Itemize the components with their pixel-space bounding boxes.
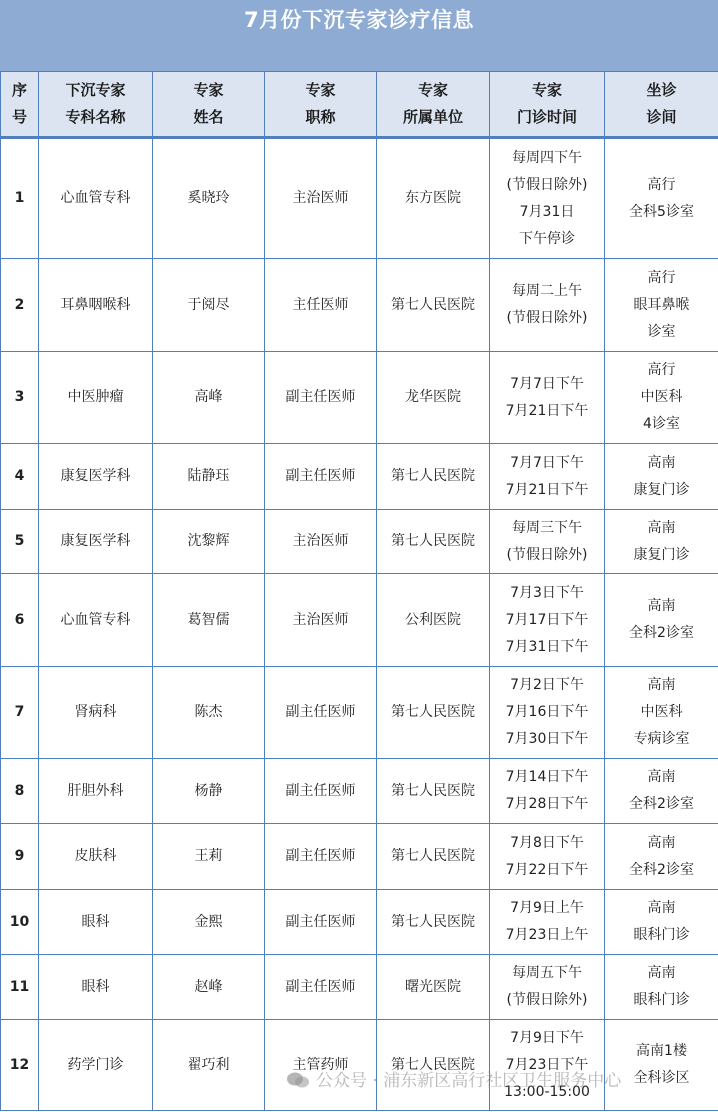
clinic-room-cell: 高南中医科专病诊室 <box>605 667 718 759</box>
expert-unit-cell: 东方医院 <box>377 138 490 259</box>
clinic-room-line: 高南 <box>605 960 718 987</box>
row-number-cell: 9 <box>1 824 39 890</box>
specialty-cell: 药学门诊 <box>39 1020 153 1111</box>
column-header-line: 所属单位 <box>377 104 489 131</box>
clinic-time-line: 7月21日下午 <box>490 398 604 425</box>
column-header-line: 诊间 <box>605 104 718 131</box>
clinic-time-line: 每周三下午 <box>490 515 604 542</box>
clinic-room-line: 全科诊区 <box>605 1065 718 1092</box>
clinic-room-line: 高行 <box>605 265 718 292</box>
clinic-room-line: 高南 <box>605 515 718 542</box>
specialty-cell: 肝胆外科 <box>39 759 153 824</box>
clinic-room-line: 4诊室 <box>605 411 718 438</box>
clinic-room-cell: 高南康复门诊 <box>605 444 718 510</box>
column-header-line: 姓名 <box>153 104 264 131</box>
clinic-time-line: 7月31日 <box>490 199 604 226</box>
expert-name-cell: 王莉 <box>153 824 265 890</box>
table-row: 8肝胆外科杨静副主任医师第七人民医院7月14日下午7月28日下午高南全科2诊室 <box>1 759 718 824</box>
clinic-time-cell: 7月9日上午7月23日上午 <box>490 890 605 955</box>
table-header-row: 序号下沉专家专科名称专家姓名专家职称专家所属单位专家门诊时间坐诊诊间 <box>1 72 718 138</box>
clinic-room-line: 高南 <box>605 672 718 699</box>
clinic-room-cell: 高南康复门诊 <box>605 510 718 574</box>
table-row: 10眼科金熙副主任医师第七人民医院7月9日上午7月23日上午高南眼科门诊 <box>1 890 718 955</box>
clinic-time-line: 7月21日下午 <box>490 477 604 504</box>
page-title: 7月份下沉专家诊疗信息 <box>0 4 718 34</box>
specialty-cell: 心血管专科 <box>39 138 153 259</box>
clinic-time-line: 7月30日下午 <box>490 726 604 753</box>
specialty-cell: 中医肿瘤 <box>39 352 153 444</box>
clinic-room-line: 高南1楼 <box>605 1038 718 1065</box>
clinic-room-line: 高南 <box>605 764 718 791</box>
table-row: 9皮肤科王莉副主任医师第七人民医院7月8日下午7月22日下午高南全科2诊室 <box>1 824 718 890</box>
row-number-cell: 8 <box>1 759 39 824</box>
column-header-line: 职称 <box>265 104 376 131</box>
clinic-time-line: 7月16日下午 <box>490 699 604 726</box>
clinic-time-line: 7月9日上午 <box>490 895 604 922</box>
expert-name-cell: 沈黎辉 <box>153 510 265 574</box>
row-number-cell: 6 <box>1 574 39 667</box>
clinic-time-cell: 7月8日下午7月22日下午 <box>490 824 605 890</box>
expert-title-cell: 副主任医师 <box>265 352 377 444</box>
clinic-time-line: 7月9日下午 <box>490 1025 604 1052</box>
clinic-time-cell: 7月7日下午7月21日下午 <box>490 352 605 444</box>
expert-unit-cell: 第七人民医院 <box>377 890 490 955</box>
expert-title-cell: 副主任医师 <box>265 890 377 955</box>
expert-unit-cell: 龙华医院 <box>377 352 490 444</box>
clinic-room-line: 眼科门诊 <box>605 922 718 949</box>
column-header: 专家门诊时间 <box>490 72 605 138</box>
clinic-time-cell: 7月9日下午7月23日下午13:00-15:00 <box>490 1020 605 1111</box>
expert-title-cell: 副主任医师 <box>265 667 377 759</box>
clinic-room-line: 全科2诊室 <box>605 791 718 818</box>
expert-name-cell: 杨静 <box>153 759 265 824</box>
expert-name-cell: 金熙 <box>153 890 265 955</box>
clinic-room-cell: 高南全科2诊室 <box>605 574 718 667</box>
clinic-time-cell: 7月14日下午7月28日下午 <box>490 759 605 824</box>
column-header-line: 门诊时间 <box>490 104 604 131</box>
column-header: 专家姓名 <box>153 72 265 138</box>
column-header-line: 序 <box>1 77 38 104</box>
row-number-cell: 12 <box>1 1020 39 1111</box>
expert-unit-cell: 第七人民医院 <box>377 1020 490 1111</box>
expert-title-cell: 主治医师 <box>265 510 377 574</box>
clinic-time-line: 7月8日下午 <box>490 830 604 857</box>
table-row: 12药学门诊翟巧利主管药师第七人民医院7月9日下午7月23日下午13:00-15… <box>1 1020 718 1111</box>
wechat-icon <box>286 1071 310 1089</box>
row-number-cell: 5 <box>1 510 39 574</box>
clinic-time-line: (节假日除外) <box>490 172 604 199</box>
expert-name-cell: 翟巧利 <box>153 1020 265 1111</box>
column-header-line: 专家 <box>265 77 376 104</box>
clinic-room-line: 中医科 <box>605 384 718 411</box>
clinic-time-line: 7月7日下午 <box>490 371 604 398</box>
specialty-cell: 肾病科 <box>39 667 153 759</box>
table-row: 11眼科赵峰副主任医师曙光医院每周五下午(节假日除外)高南眼科门诊 <box>1 955 718 1020</box>
specialty-cell: 耳鼻咽喉科 <box>39 259 153 352</box>
expert-schedule-table: 序号下沉专家专科名称专家姓名专家职称专家所属单位专家门诊时间坐诊诊间 1心血管专… <box>0 71 718 1111</box>
watermark-text: 公众号 · 浦东新区高行社区卫生服务中心 <box>316 1071 621 1091</box>
clinic-time-line: 7月14日下午 <box>490 764 604 791</box>
clinic-room-line: 康复门诊 <box>605 477 718 504</box>
clinic-room-line: 眼耳鼻喉 <box>605 292 718 319</box>
column-header-line: 专家 <box>490 77 604 104</box>
clinic-room-line: 中医科 <box>605 699 718 726</box>
expert-name-cell: 陆静珏 <box>153 444 265 510</box>
row-number-cell: 4 <box>1 444 39 510</box>
table-row: 3中医肿瘤高峰副主任医师龙华医院7月7日下午7月21日下午高行中医科4诊室 <box>1 352 718 444</box>
clinic-time-cell: 每周四下午(节假日除外)7月31日下午停诊 <box>490 138 605 259</box>
row-number-cell: 10 <box>1 890 39 955</box>
column-header-line: 专家 <box>377 77 489 104</box>
clinic-time-cell: 每周三下午(节假日除外) <box>490 510 605 574</box>
clinic-room-line: 全科2诊室 <box>605 857 718 884</box>
clinic-time-line: 7月7日下午 <box>490 450 604 477</box>
clinic-room-line: 高南 <box>605 895 718 922</box>
specialty-cell: 皮肤科 <box>39 824 153 890</box>
expert-unit-cell: 第七人民医院 <box>377 824 490 890</box>
expert-name-cell: 于阅尽 <box>153 259 265 352</box>
expert-name-cell: 赵峰 <box>153 955 265 1020</box>
clinic-room-cell: 高南眼科门诊 <box>605 890 718 955</box>
clinic-time-line: 7月17日下午 <box>490 607 604 634</box>
clinic-room-line: 眼科门诊 <box>605 987 718 1014</box>
clinic-time-cell: 7月7日下午7月21日下午 <box>490 444 605 510</box>
specialty-cell: 眼科 <box>39 890 153 955</box>
expert-title-cell: 主任医师 <box>265 259 377 352</box>
clinic-room-cell: 高行眼耳鼻喉诊室 <box>605 259 718 352</box>
clinic-room-cell: 高南1楼全科诊区 <box>605 1020 718 1111</box>
clinic-room-cell: 高行中医科4诊室 <box>605 352 718 444</box>
table-row: 5康复医学科沈黎辉主治医师第七人民医院每周三下午(节假日除外)高南康复门诊 <box>1 510 718 574</box>
expert-title-cell: 副主任医师 <box>265 444 377 510</box>
expert-name-cell: 奚晓玲 <box>153 138 265 259</box>
expert-unit-cell: 第七人民医院 <box>377 444 490 510</box>
expert-title-cell: 副主任医师 <box>265 759 377 824</box>
clinic-room-line: 高行 <box>605 357 718 384</box>
specialty-cell: 心血管专科 <box>39 574 153 667</box>
expert-title-cell: 主治医师 <box>265 574 377 667</box>
table-row: 2耳鼻咽喉科于阅尽主任医师第七人民医院每周二上午(节假日除外)高行眼耳鼻喉诊室 <box>1 259 718 352</box>
row-number-cell: 2 <box>1 259 39 352</box>
column-header-line: 坐诊 <box>605 77 718 104</box>
clinic-room-cell: 高南全科2诊室 <box>605 824 718 890</box>
table-row: 6心血管专科葛智儒主治医师公利医院7月3日下午7月17日下午7月31日下午高南全… <box>1 574 718 667</box>
row-number-cell: 7 <box>1 667 39 759</box>
table-row: 1心血管专科奚晓玲主治医师东方医院每周四下午(节假日除外)7月31日下午停诊高行… <box>1 138 718 259</box>
clinic-room-cell: 高南眼科门诊 <box>605 955 718 1020</box>
expert-unit-cell: 曙光医院 <box>377 955 490 1020</box>
clinic-time-cell: 7月2日下午7月16日下午7月30日下午 <box>490 667 605 759</box>
expert-unit-cell: 公利医院 <box>377 574 490 667</box>
column-header: 专家职称 <box>265 72 377 138</box>
clinic-time-line: 每周四下午 <box>490 145 604 172</box>
row-number-cell: 11 <box>1 955 39 1020</box>
expert-name-cell: 葛智儒 <box>153 574 265 667</box>
specialty-cell: 眼科 <box>39 955 153 1020</box>
clinic-time-line: 7月22日下午 <box>490 857 604 884</box>
clinic-time-line: 7月2日下午 <box>490 672 604 699</box>
clinic-time-line: (节假日除外) <box>490 305 604 332</box>
clinic-room-line: 全科2诊室 <box>605 620 718 647</box>
clinic-room-cell: 高行全科5诊室 <box>605 138 718 259</box>
clinic-time-cell: 7月3日下午7月17日下午7月31日下午 <box>490 574 605 667</box>
clinic-room-line: 高南 <box>605 450 718 477</box>
specialty-cell: 康复医学科 <box>39 444 153 510</box>
clinic-time-line: 下午停诊 <box>490 226 604 253</box>
clinic-room-line: 诊室 <box>605 319 718 346</box>
column-header: 序号 <box>1 72 39 138</box>
table-row: 7肾病科陈杰副主任医师第七人民医院7月2日下午7月16日下午7月30日下午高南中… <box>1 667 718 759</box>
clinic-time-cell: 每周五下午(节假日除外) <box>490 955 605 1020</box>
clinic-time-line: (节假日除外) <box>490 542 604 569</box>
table-row: 4康复医学科陆静珏副主任医师第七人民医院7月7日下午7月21日下午高南康复门诊 <box>1 444 718 510</box>
column-header: 下沉专家专科名称 <box>39 72 153 138</box>
clinic-time-line: (节假日除外) <box>490 987 604 1014</box>
clinic-room-line: 高行 <box>605 172 718 199</box>
expert-unit-cell: 第七人民医院 <box>377 759 490 824</box>
clinic-room-line: 康复门诊 <box>605 542 718 569</box>
clinic-room-cell: 高南全科2诊室 <box>605 759 718 824</box>
row-number-cell: 3 <box>1 352 39 444</box>
expert-title-cell: 副主任医师 <box>265 824 377 890</box>
clinic-room-line: 高南 <box>605 593 718 620</box>
clinic-time-cell: 每周二上午(节假日除外) <box>490 259 605 352</box>
expert-unit-cell: 第七人民医院 <box>377 667 490 759</box>
clinic-room-line: 全科5诊室 <box>605 199 718 226</box>
column-header-line: 专科名称 <box>39 104 152 131</box>
watermark: 公众号 · 浦东新区高行社区卫生服务中心 <box>286 1066 621 1091</box>
clinic-time-line: 7月28日下午 <box>490 791 604 818</box>
row-number-cell: 1 <box>1 138 39 259</box>
clinic-time-line: 7月3日下午 <box>490 580 604 607</box>
column-header: 坐诊诊间 <box>605 72 718 138</box>
clinic-time-line: 7月23日上午 <box>490 922 604 949</box>
clinic-time-line: 每周二上午 <box>490 278 604 305</box>
clinic-room-line: 高南 <box>605 830 718 857</box>
expert-title-cell: 主治医师 <box>265 138 377 259</box>
expert-title-cell: 主管药师 <box>265 1020 377 1111</box>
column-header-line: 号 <box>1 104 38 131</box>
column-header-line: 下沉专家 <box>39 77 152 104</box>
specialty-cell: 康复医学科 <box>39 510 153 574</box>
clinic-room-line: 专病诊室 <box>605 726 718 753</box>
clinic-time-line: 7月31日下午 <box>490 634 604 661</box>
column-header: 专家所属单位 <box>377 72 490 138</box>
clinic-time-line: 每周五下午 <box>490 960 604 987</box>
column-header-line: 专家 <box>153 77 264 104</box>
expert-title-cell: 副主任医师 <box>265 955 377 1020</box>
expert-name-cell: 高峰 <box>153 352 265 444</box>
expert-name-cell: 陈杰 <box>153 667 265 759</box>
expert-unit-cell: 第七人民医院 <box>377 510 490 574</box>
expert-unit-cell: 第七人民医院 <box>377 259 490 352</box>
